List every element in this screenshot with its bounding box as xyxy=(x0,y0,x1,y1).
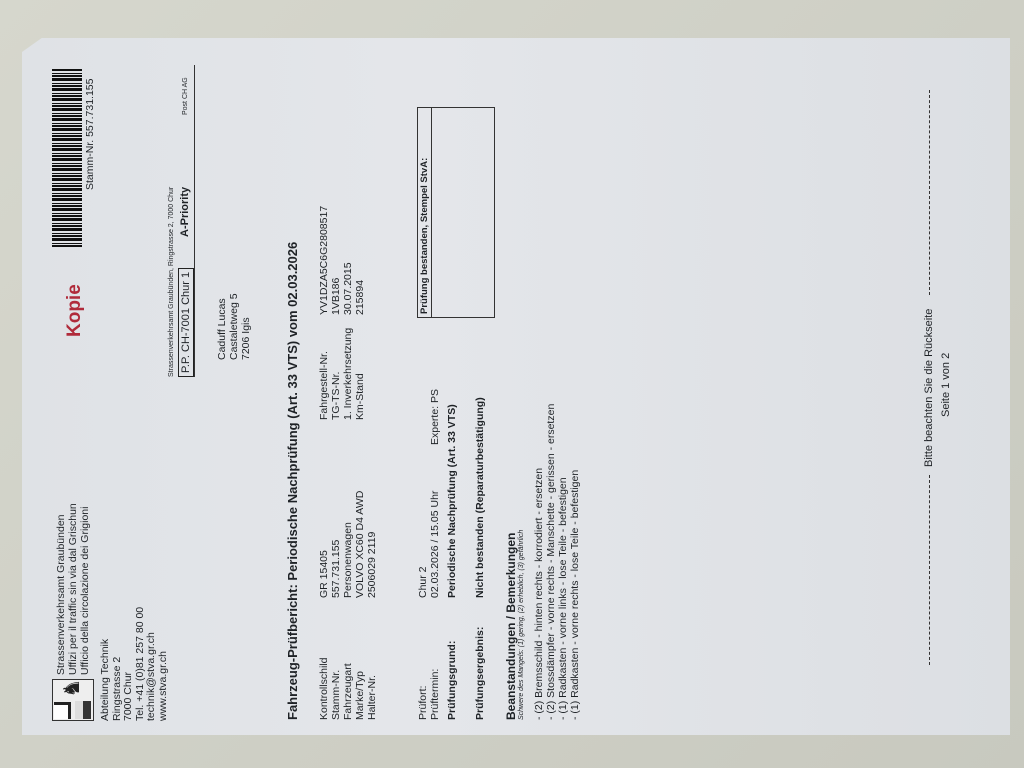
defect-item: - (1) Radkasten - vorne rechts - lose Te… xyxy=(569,404,581,720)
department-contact: Abteilung Technik Ringstrasse 2 7000 Chu… xyxy=(100,607,169,721)
document-page: ♞ Strassenverkehrsamt Graubünden Uffizi … xyxy=(22,38,1010,735)
ergebnis-value: Nicht bestanden (Reparaturbestätigung) xyxy=(474,397,486,598)
expert-label: Experte: PS xyxy=(429,389,441,445)
footer-note: Bitte beachten Sie die Rückseite xyxy=(923,309,935,467)
canton-logo: ♞ xyxy=(52,679,94,721)
vehicle-values-left: GR 15405 557.731.155 Personenwagen VOLVO… xyxy=(318,491,378,598)
vehicle-labels-right: Fahrgestell-Nr. TG-TS-Nr. 1. Inverkehrse… xyxy=(318,328,366,420)
ibex-icon: ♞ xyxy=(59,678,85,698)
grund-label: Prüfungsgrund: xyxy=(446,641,458,720)
pp-box: P.P. CH-7001 Chur 1 xyxy=(178,268,194,377)
org-name: Strassenverkehrsamt Graubünden Uffizi pe… xyxy=(55,503,91,675)
stamp-box-label: Prüfung bestanden, Stempel StvA: xyxy=(418,108,432,317)
priority-label: A-Priority xyxy=(179,187,191,237)
carrier-label: Post CH AG xyxy=(182,77,189,115)
document-paper: ♞ Strassenverkehrsamt Graubünden Uffizi … xyxy=(22,38,1010,735)
grund-value: Periodische Nachprüfung (Art. 33 VTS) xyxy=(446,404,458,598)
defects-section: Beanstandungen / Bemerkungen Schwere des… xyxy=(504,404,581,720)
footer-divider-left xyxy=(929,475,930,665)
page-number: Seite 1 von 2 xyxy=(940,353,952,417)
report-title: Fahrzeug-Prüfbericht: Periodische Nachpr… xyxy=(285,242,300,720)
test-info-labels: Prüfort: Prüftermin: xyxy=(417,669,441,720)
ergebnis-label: Prüfungsergebnis: xyxy=(474,627,486,720)
stamp-box: Prüfung bestanden, Stempel StvA: xyxy=(417,107,495,318)
defects-heading: Beanstandungen / Bemerkungen xyxy=(504,404,518,720)
barcode-caption: Stamm-Nr. 557.731.155 xyxy=(84,79,96,190)
defects-legend: Schwere des Mangels: (1) gering, (2) erh… xyxy=(518,404,525,720)
defect-item: - (2) Stossdämpfer - vorne rechts - Mans… xyxy=(545,404,557,720)
defect-item: - (2) Bremsschild - hinten rechts - korr… xyxy=(533,404,545,720)
footer-divider-right xyxy=(929,90,930,295)
kopie-stamp: Kopie xyxy=(64,284,86,337)
vehicle-values-right: YV1DZA5C6G2808517 1VB186 30.07.2015 2158… xyxy=(318,206,366,315)
sender-line: Strassenverkehrsamt Graubünden, Ringstra… xyxy=(168,187,175,377)
recipient-address: Caduff Lucas Castaletweg 5 7206 Igis xyxy=(216,293,252,360)
barcode xyxy=(52,69,82,247)
address-divider xyxy=(194,65,195,377)
vehicle-labels-left: Kontrollschild Stamm-Nr. Fahrzeugart Mar… xyxy=(318,658,378,720)
test-info-values: Chur 2 02.03.2026 / 15.05 Uhr xyxy=(417,491,441,598)
defect-item: - (1) Radkasten - vorne links - lose Tei… xyxy=(557,404,569,720)
